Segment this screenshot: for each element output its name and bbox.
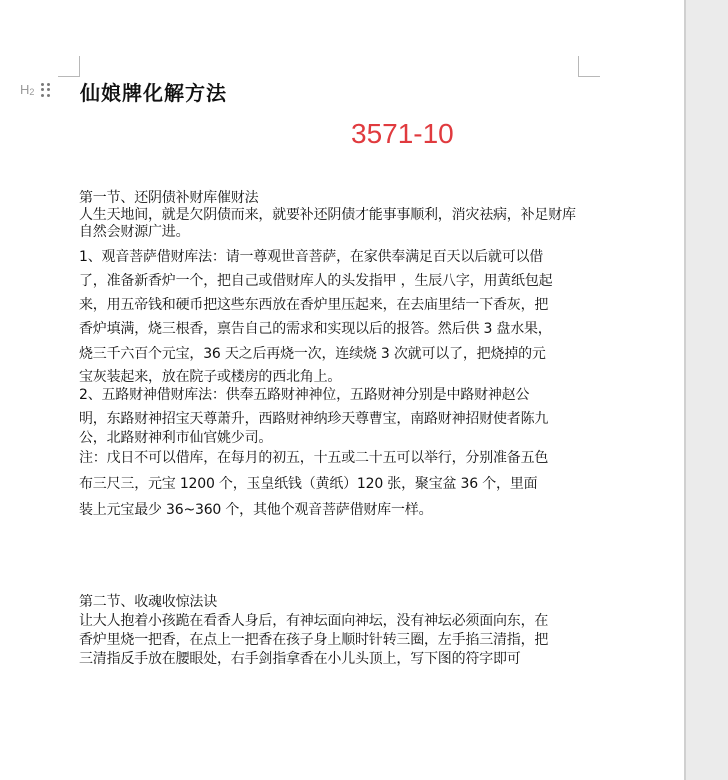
- drag-handle-icon[interactable]: [41, 83, 51, 97]
- item1-line: 烧三千六百个元宝，36 天之后再烧一次，连续烧 3 次就可以了，把烧掉的元: [79, 342, 579, 366]
- note-line: 注：戊日不可以借库，在每月的初五，十五或二十五可以举行，分别准备五色: [79, 446, 579, 470]
- item1-line: 香炉填满，烧三根香，禀告自己的需求和实现以后的报答。然后供 3 盘水果，: [79, 317, 579, 341]
- item1-line: 宝灰装起来，放在院子或楼房的西北角上。: [79, 369, 579, 386]
- note-line: 布三尺三，元宝 1200 个，玉皇纸钱（黄纸）120 张，聚宝盆 36 个，里面: [79, 472, 579, 496]
- margin-corner-top-left: [58, 56, 80, 77]
- workspace-background: [686, 0, 728, 780]
- section1-item2[interactable]: 2、五路财神借财库法：供奉五路财神神位，五路财神分别是中路财神赵公 明，东路财神…: [79, 386, 579, 448]
- section2-line: 让大人抱着小孩跪在看香人身后，有神坛面向神坛，没有神坛必须面向东，在: [79, 613, 579, 630]
- item2-line: 2、五路财神借财库法：供奉五路财神神位，五路财神分别是中路财神赵公: [79, 386, 579, 405]
- item1-line: 了，准备新香炉一个，把自己或借财库人的头发指甲 ，生辰八字，用黄纸包起: [79, 269, 579, 293]
- section2-line: 三清指反手放在腰眼处，右手剑指拿香在小儿头顶上，写下图的符字即可: [79, 651, 579, 668]
- heading-level-letter: H: [20, 82, 29, 97]
- section1-note[interactable]: 注：戊日不可以借库，在每月的初五，十五或二十五可以举行，分别准备五色 布三尺三，…: [79, 446, 579, 522]
- heading-level-indicator[interactable]: H2: [20, 82, 34, 97]
- section2-block[interactable]: 第二节、收魂收惊法诀 让大人抱着小孩跪在看香人身后，有神坛面向神坛，没有神坛必须…: [79, 594, 579, 668]
- document-title[interactable]: 仙娘牌化解方法: [80, 77, 227, 106]
- margin-corner-top-right: [578, 56, 600, 77]
- document-code[interactable]: 3571-10: [351, 118, 454, 150]
- section1-block[interactable]: 第一节、还阴债补财库催财法 人生天地间，就是欠阴债而来，就要补还阴债才能事事顺利…: [79, 190, 579, 241]
- item2-line: 明，东路财神招宝天尊萧升，西路财神纳珍天尊曹宝，南路财神招财使者陈九: [79, 410, 579, 429]
- item1-line: 1、观音菩萨借财库法：请一尊观世音菩萨，在家供奉满足百天以后就可以借: [79, 245, 579, 269]
- heading-level-number: 2: [29, 87, 34, 97]
- section1-intro: 人生天地间，就是欠阴债而来，就要补还阴债才能事事顺利，消灾祛病，补足财库自然会财…: [79, 207, 579, 241]
- section1-heading: 第一节、还阴债补财库催财法: [79, 190, 579, 207]
- document-page: H2 仙娘牌化解方法 3571-10 第一节、还阴债补财库催财法 人生天地间，就…: [0, 0, 686, 780]
- section1-item1[interactable]: 1、观音菩萨借财库法：请一尊观世音菩萨，在家供奉满足百天以后就可以借 了，准备新…: [79, 245, 579, 386]
- item1-line: 来，用五帝钱和硬币把这些东西放在香炉里压起来，在去庙里结一下香灰，把: [79, 293, 579, 317]
- note-line: 装上元宝最少 36~360 个，其他个观音菩萨借财库一样。: [79, 498, 579, 522]
- section2-line: 香炉里烧一把香，在点上一把香在孩子身上顺时针转三圈，左手掐三清指，把: [79, 632, 579, 649]
- section2-heading: 第二节、收魂收惊法诀: [79, 594, 579, 611]
